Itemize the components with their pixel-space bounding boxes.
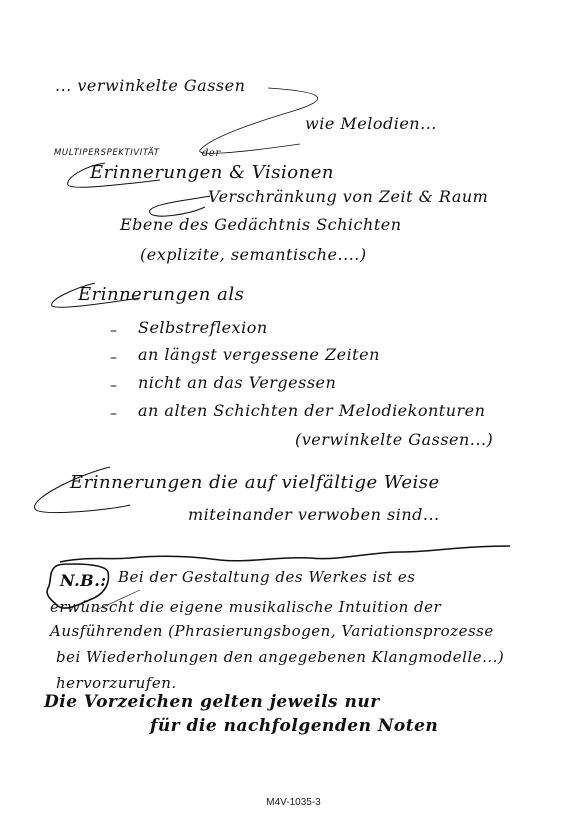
line-vielfaeltige-weise: Erinnerungen die auf vielfältige Weise <box>70 472 440 493</box>
line-verwinkelte-gassen: ... verwinkelte Gassen <box>55 76 245 95</box>
line-verwinkelte-gassen-paren: (verwinkelte Gassen...) <box>295 430 493 449</box>
line-miteinander-verwoben: miteinander verwoben sind... <box>188 505 440 524</box>
nb-line: hervorzurufen. <box>56 674 177 692</box>
list-bullet: – <box>110 350 117 366</box>
line-verschraenkung: Verschränkung von Zeit & Raum <box>208 187 488 206</box>
nb-line: Bei der Gestaltung des Werkes ist es <box>118 568 415 586</box>
nb-line: erwünscht die eigene musikalische Intuit… <box>50 598 441 616</box>
line-erinnerungen-als: Erinnerungen als <box>78 284 244 305</box>
line-erinnerungen-visionen: Erinnerungen & Visionen <box>90 162 334 183</box>
list-item: nicht an das Vergessen <box>138 373 336 392</box>
list-bullet: – <box>110 323 117 339</box>
line-der: der <box>202 148 221 159</box>
list-bullet: – <box>110 378 117 394</box>
nb-label: N.B.: <box>60 571 107 590</box>
nb-line: bei Wiederholungen den angegebenen Klang… <box>56 648 504 666</box>
nb-line-accidentals-cont: für die nachfolgenden Noten <box>150 716 438 736</box>
line-ebene-gedaechtnis: Ebene des Gedächtnis Schichten <box>120 215 402 234</box>
nb-line-accidentals: Die Vorzeichen gelten jeweils nur <box>44 692 380 712</box>
list-item: an längst vergessene Zeiten <box>138 345 380 364</box>
list-item: an alten Schichten der Melodiekonturen <box>138 401 485 420</box>
document-id: M4V-1035-3 <box>0 797 587 808</box>
manuscript-page: ... verwinkelte Gassen wie Melodien... M… <box>0 0 587 833</box>
list-item: Selbstreflexion <box>138 318 268 337</box>
nb-line: Ausführenden (Phrasierungsbogen, Variati… <box>50 622 494 640</box>
heading-multiperspektivitaet: MULTIPERSPEKTIVITÄT <box>54 148 160 158</box>
list-bullet: – <box>110 406 117 422</box>
line-wie-melodien: wie Melodien... <box>305 114 437 133</box>
line-explizite-semantische: (explizite, semantische....) <box>140 245 367 264</box>
